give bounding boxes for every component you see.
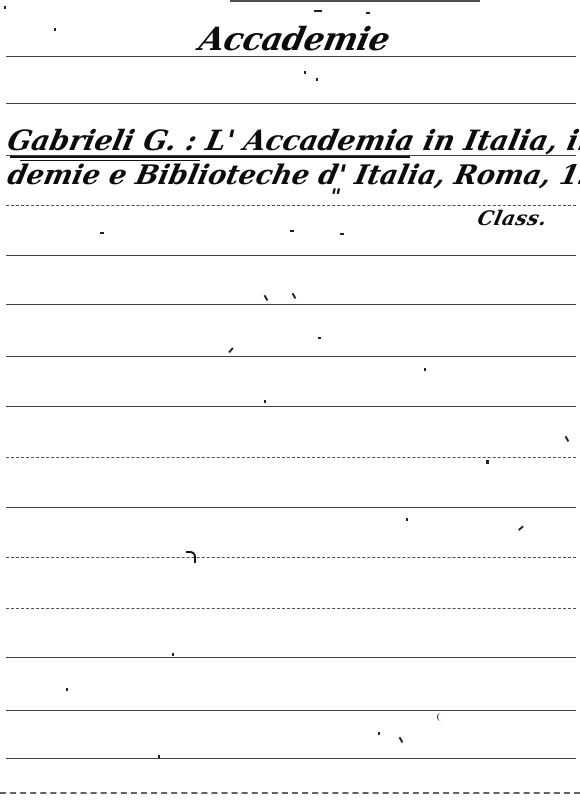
- scan-speck: [314, 10, 322, 12]
- ruled-line: [6, 710, 576, 711]
- ruled-line: [6, 557, 576, 558]
- ruled-line: [6, 255, 576, 256]
- scan-mark-bracket: [437, 713, 442, 721]
- entry-line-2: demie e Biblioteche d' Italia, Roma, 192…: [5, 160, 580, 191]
- ruled-line: [6, 608, 576, 609]
- scan-speck: [66, 688, 68, 691]
- scan-speck: [264, 400, 266, 403]
- ruled-line: [6, 103, 576, 104]
- scan-speck: [518, 525, 524, 530]
- scan-speck: [264, 295, 268, 301]
- scan-speck: [172, 653, 174, 656]
- scan-speck: [304, 71, 306, 74]
- entry-underline: [10, 156, 410, 158]
- card-heading: Accademie: [196, 20, 393, 58]
- ruled-line: [6, 457, 576, 458]
- classmark-label: Class.: [475, 206, 549, 230]
- ruled-line: [6, 356, 576, 357]
- ruled-line: [6, 507, 576, 508]
- catalogue-card: Accademie Gabrieli G. : L' Accademia in …: [0, 0, 580, 800]
- ruled-line: [6, 657, 576, 658]
- scan-speck: [4, 6, 6, 9]
- scan-speck: [228, 347, 233, 353]
- scan-speck: [486, 460, 489, 464]
- scan-speck: [399, 737, 403, 743]
- ruled-line: [6, 56, 576, 57]
- scan-speck: [424, 368, 426, 371]
- scan-speck: [318, 337, 321, 339]
- scan-speck: [565, 436, 569, 442]
- ruled-line: [6, 406, 576, 407]
- entry-line-1: Gabrieli G. : L' Accademia in Italia, in…: [4, 124, 580, 157]
- scan-speck: [316, 78, 318, 81]
- scan-mark-hook: [186, 551, 196, 563]
- scan-speck: [366, 12, 370, 14]
- scan-speck: [340, 233, 344, 235]
- card-bottom-edge: [0, 792, 580, 794]
- scan-speck: [292, 293, 296, 299]
- scan-speck: [54, 28, 56, 31]
- card-top-edge: [230, 0, 480, 2]
- scan-speck: [100, 232, 104, 234]
- ruled-line: [6, 304, 576, 305]
- ruled-line: [6, 758, 576, 759]
- scan-speck: [378, 732, 380, 735]
- scan-speck: [290, 230, 294, 232]
- scan-speck: [158, 755, 160, 758]
- scan-speck: [406, 518, 408, 521]
